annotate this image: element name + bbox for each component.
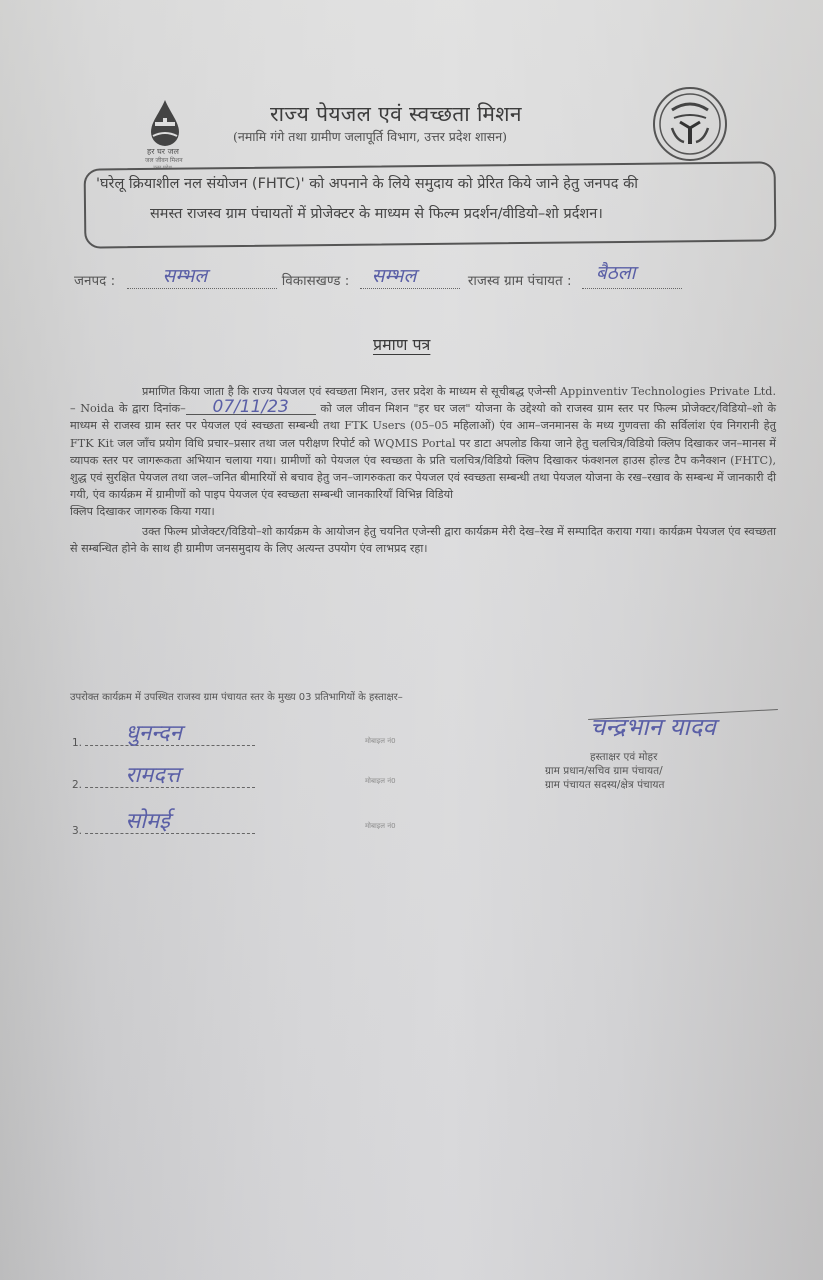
certificate-paragraph-1-end: क्लिप दिखाकर जागरुक किया गया। [70,503,776,520]
participant-signature-2: 2. रामदत्त [72,777,255,791]
banner-line-2: समस्त राजस्व ग्राम पंचायतों में प्रोजेक्… [150,203,603,223]
uttar-pradesh-emblem-icon [650,84,730,164]
mobile-label-2: मोबाइल नं0 [365,777,396,786]
har-ghar-jal-logo: हर घर जल जल जीवन मिशन उत्तर प्रदेश [143,96,213,172]
banner-line-1: 'घरेलू क्रियाशील नल संयोजन (FHTC)' को अप… [96,173,638,193]
vikaskhand-label: विकासखण्ड : [282,271,350,289]
participant-2-name: रामदत्त [125,759,180,789]
program-date: 07/11/23 [186,400,316,415]
vikaskhand-value: सम्भल [372,262,417,288]
janpad-label: जनपद : [74,271,115,289]
water-drop-tap-icon: हर घर जल जल जीवन मिशन उत्तर प्रदेश [143,96,213,172]
certificate-heading: प्रमाण पत्र [373,333,430,355]
svg-text:हर घर जल: हर घर जल [147,147,180,156]
gram-panchayat-label: राजस्व ग्राम पंचायत : [468,271,572,289]
participant-signature-3: 3. सोमई [72,823,255,837]
participant-1-name: धुनन्दन [125,717,181,747]
gram-panchayat-field: बैठला [582,274,682,289]
pradhan-designation: हस्ताक्षर एवं मोहर ग्राम प्रधान/सचिव ग्र… [545,750,775,792]
page-subtitle: (नमामि गंगे तथा ग्रामीण जलापूर्ति विभाग,… [233,128,507,145]
certificate-paragraph-2: उक्त फिल्म प्रोजेक्टर/विडियो–शो कार्यक्र… [70,523,776,557]
janpad-field: सम्भल [127,274,277,289]
mobile-label-1: मोबाइल नं0 [365,737,396,746]
participant-signature-1: 1. धुनन्दन [72,735,255,749]
location-fields: जनपद : सम्भल विकासखण्ड : सम्भल राजस्व ग्… [74,271,682,289]
pradhan-signature: चन्द्रभान यादव [590,710,716,743]
certificate-paragraph-1: प्रमाणित किया जाता है कि राज्य पेयजल एवं… [70,383,776,503]
signatures-intro: उपरोक्त कार्यक्रम में उपस्थित राजस्व ग्र… [70,690,450,705]
gram-panchayat-value: बैठला [596,259,636,285]
vikaskhand-field: सम्भल [360,274,460,289]
mobile-label-3: मोबाइल नं0 [365,822,396,831]
participant-3-name: सोमई [125,805,170,835]
certificate-body: प्रमाणित किया जाता है कि राज्य पेयजल एवं… [70,383,776,557]
janpad-value: सम्भल [162,262,207,288]
page-title: राज्य पेयजल एवं स्वच्छता मिशन [270,100,522,128]
svg-text:जल जीवन मिशन: जल जीवन मिशन [145,156,183,164]
